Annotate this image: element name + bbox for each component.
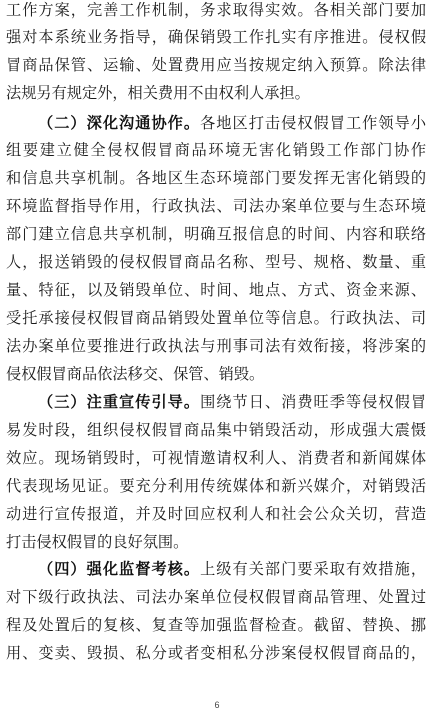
text-line: 和信息共享机制。各地区生态环境部门要发挥无害化销毁的 xyxy=(6,164,426,192)
section-heading: （三）注重宣传引导。 xyxy=(38,393,200,411)
text-line: 工作方案，完善工作机制，务求取得实效。各相关部门要加 xyxy=(6,0,426,24)
text-line: 部门建立信息共享机制，明确互报信息的时间、内容和联络 xyxy=(6,220,426,248)
text-line: 人，报送销毁的侵权假冒商品名称、型号、规格、数量、重 xyxy=(6,248,426,276)
text-line: 易发时段，组织侵权假冒商品集中销毁活动，形成强大震慑 xyxy=(6,416,426,444)
text-line: 动进行宣传报道，并及时回应权利人和社会公众关切，营造 xyxy=(6,500,426,528)
page-number: 6 xyxy=(0,700,434,710)
section-heading-line: （二）深化沟通协作。各地区打击侵权假冒工作领导小 xyxy=(38,109,426,137)
text-line: 强对本系统业务指导，确保销毁工作扎实有序推进。侵权假 xyxy=(6,23,426,51)
text-run: 各地区打击侵权假冒工作领导小 xyxy=(200,114,426,132)
text-line: 用、变卖、毁损、私分或者变相私分涉案侵权假冒商品的， xyxy=(6,639,426,667)
text-run: 上级有关部门要采取有效措施， xyxy=(200,560,426,578)
text-line: 法办案单位要推进行政执法与刑事司法有效衔接，将涉案的 xyxy=(6,332,426,360)
text-line: 受托承接侵权假冒商品销毁处置单位等信息。行政执法、司 xyxy=(6,304,426,332)
text-line: 程及处置后的复核、复查等加强监督检查。截留、替换、挪 xyxy=(6,611,426,639)
text-line: 组要建立健全侵权假冒商品环境无害化销毁工作部门协作 xyxy=(6,136,426,164)
section-heading-line: （三）注重宣传引导。围绕节日、消费旺季等侵权假冒 xyxy=(38,388,426,416)
document-page: 工作方案，完善工作机制，务求取得实效。各相关部门要加 强对本系统业务指导，确保销… xyxy=(0,0,434,715)
text-line: 代表现场见证。要充分利用传统媒体和新兴媒介，对销毁活 xyxy=(6,472,426,500)
text-line: 冒商品保管、运输、处置费用应当按规定纳入预算。除法律 xyxy=(6,51,426,79)
text-run: 围绕节日、消费旺季等侵权假冒 xyxy=(200,393,426,411)
text-line: 法规另有规定外，相关费用不由权利人承担。 xyxy=(6,79,426,107)
text-line: 环境监督指导作用，行政执法、司法办案单位要与生态环境 xyxy=(6,192,426,220)
section-heading-line: （四）强化监督考核。上级有关部门要采取有效措施， xyxy=(38,555,426,583)
section-heading: （四）强化监督考核。 xyxy=(38,560,200,578)
text-line: 打击侵权假冒的良好氛围。 xyxy=(6,528,426,556)
section-heading: （二）深化沟通协作。 xyxy=(38,114,200,132)
text-line: 对下级行政执法、司法办案单位侵权假冒商品管理、处置过 xyxy=(6,583,426,611)
text-line: 量、特征，以及销毁单位、时间、地点、方式、资金来源、 xyxy=(6,276,426,304)
text-line: 侵权假冒商品依法移交、保管、销毁。 xyxy=(6,360,426,388)
text-line: 效应。现场销毁时，可视情邀请权利人、消费者和新闻媒体 xyxy=(6,444,426,472)
